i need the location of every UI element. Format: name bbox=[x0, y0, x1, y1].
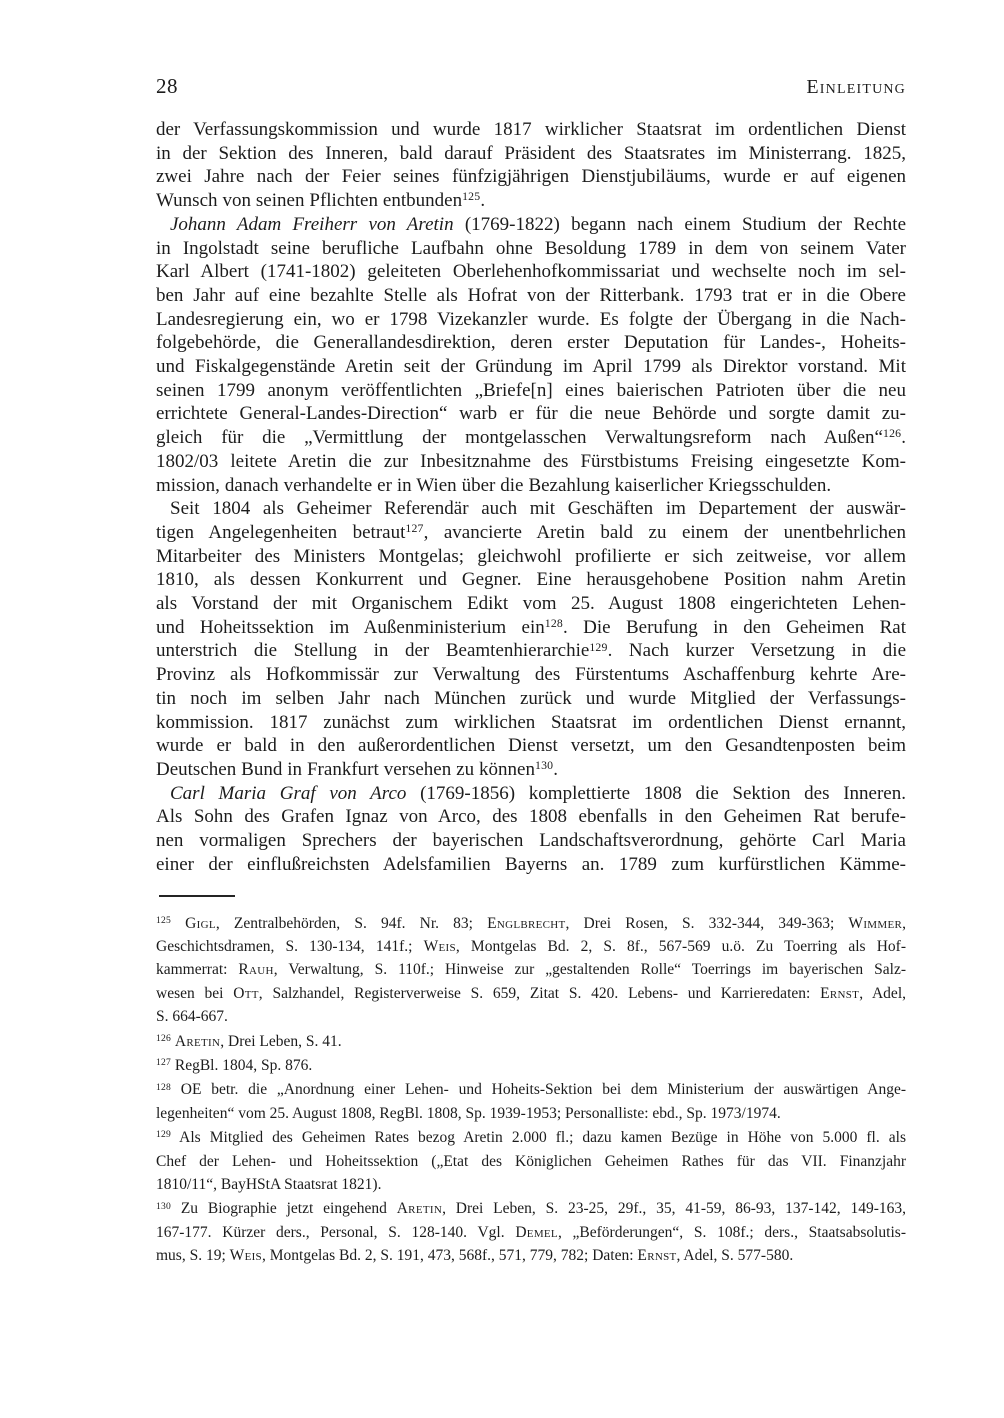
body-line: Karl Albert (1741-1802) geleiteten Oberl… bbox=[156, 260, 906, 284]
footnote-line: kammerrat: Rauh, Verwaltung, S. 110f.; H… bbox=[156, 958, 906, 981]
footnote-130: 130 Zu Biographie jetzt eingehend Aretin… bbox=[156, 1197, 906, 1267]
footnote-line: 128 OE betr. die „Anordnung einer Lehen-… bbox=[156, 1078, 906, 1101]
body-line: 1802/03 leitete Aretin die zur Inbesitzn… bbox=[156, 450, 906, 474]
body-line: Wunsch von seinen Pflichten entbunden125… bbox=[156, 189, 906, 213]
body-line: gleich für die „Vermittlung der montgela… bbox=[156, 426, 906, 450]
footnote-128: 128 OE betr. die „Anordnung einer Lehen-… bbox=[156, 1078, 906, 1125]
footnote-line: S. 664-667. bbox=[156, 1005, 906, 1028]
paragraph-4: Carl Maria Graf von Arco (1769-1856) kom… bbox=[156, 782, 906, 877]
body-line: unterstrich die Stellung in der Beamtenh… bbox=[156, 639, 906, 663]
footnote-line: 130 Zu Biographie jetzt eingehend Aretin… bbox=[156, 1197, 906, 1220]
body-text: der Verfassungskommission und wurde 1817… bbox=[156, 118, 906, 877]
footnote-line: 129 Als Mitglied des Geheimen Rates bezo… bbox=[156, 1126, 906, 1149]
body-line: zwei Jahre nach der Feier seines fünfzig… bbox=[156, 165, 906, 189]
footnote-line: 167-177. Kürzer ders., Personal, S. 128-… bbox=[156, 1221, 906, 1244]
body-line: und Fiskalgegenstände Aretin seit der Gr… bbox=[156, 355, 906, 379]
body-line: 1810, als dessen Konkurrent und Gegner. … bbox=[156, 568, 906, 592]
paragraph-2: Johann Adam Freiherr von Aretin (1769-18… bbox=[156, 213, 906, 497]
body-line: ben Jahr auf eine bezahlte Stelle als Ho… bbox=[156, 284, 906, 308]
footnote-line: Geschichtsdramen, S. 130-134, 141f.; Wei… bbox=[156, 935, 906, 958]
body-line: und Hoheitssektion im Außenministerium e… bbox=[156, 616, 906, 640]
body-line: in der Sektion des Inneren, bald darauf … bbox=[156, 142, 906, 166]
body-line: seinen 1799 anonym veröffentlichten „Bri… bbox=[156, 379, 906, 403]
running-head: Einleitung bbox=[806, 76, 906, 99]
footnote-129: 129 Als Mitglied des Geheimen Rates bezo… bbox=[156, 1126, 906, 1196]
body-line: der Verfassungskommission und wurde 1817… bbox=[156, 118, 906, 142]
page-number: 28 bbox=[156, 74, 178, 99]
body-line: folgebehörde, die Generallandesdirektion… bbox=[156, 331, 906, 355]
body-line: nen vormaligen Sprechers der bayerischen… bbox=[156, 829, 906, 853]
body-line: kommission. 1817 zunächst zum wirklichen… bbox=[156, 711, 906, 735]
body-line: tin noch im selben Jahr nach München zur… bbox=[156, 687, 906, 711]
footnote-line: 1810/11“, BayHStA Staatsrat 1821). bbox=[156, 1173, 906, 1196]
body-line: Seit 1804 als Geheimer Referendär auch m… bbox=[156, 497, 906, 521]
footnote-separator bbox=[159, 895, 235, 897]
body-line: Als Sohn des Grafen Ignaz von Arco, des … bbox=[156, 805, 906, 829]
body-line: Deutschen Bund in Frankfurt versehen zu … bbox=[156, 758, 906, 782]
footnote-line: wesen bei Ott, Salzhandel, Registerverwe… bbox=[156, 982, 906, 1005]
book-page: 28 Einleitung der Verfassungskommission … bbox=[0, 0, 1004, 1418]
footnotes: 125 Gigl, Zentralbehörden, S. 94f. Nr. 8… bbox=[156, 912, 906, 1268]
body-line: als Vorstand der mit Organischem Edikt v… bbox=[156, 592, 906, 616]
body-line: tigen Angelegenheiten betraut127, avanci… bbox=[156, 521, 906, 545]
footnote-line: legenheiten“ vom 25. August 1808, RegBl.… bbox=[156, 1102, 906, 1125]
body-line: Johann Adam Freiherr von Aretin (1769-18… bbox=[156, 213, 906, 237]
body-line: Landesregierung ein, wo er 1798 Vizekanz… bbox=[156, 308, 906, 332]
body-line: einer der einflußreichsten Adelsfamilien… bbox=[156, 853, 906, 877]
footnote-line: mus, S. 19; Weis, Montgelas Bd. 2, S. 19… bbox=[156, 1244, 906, 1267]
paragraph-3: Seit 1804 als Geheimer Referendär auch m… bbox=[156, 497, 906, 781]
footnote-line: 127 RegBl. 1804, Sp. 876. bbox=[156, 1054, 906, 1077]
footnote-125: 125 Gigl, Zentralbehörden, S. 94f. Nr. 8… bbox=[156, 912, 906, 1029]
page-header: 28 Einleitung bbox=[156, 74, 906, 98]
paragraph-1: der Verfassungskommission und wurde 1817… bbox=[156, 118, 906, 213]
body-line: mission, danach verhandelte er in Wien ü… bbox=[156, 474, 906, 498]
body-line: wurde er bald in den außerordentlichen D… bbox=[156, 734, 906, 758]
footnote-line: 126 Aretin, Drei Leben, S. 41. bbox=[156, 1030, 906, 1053]
body-line: errichtete General-Landes-Direction“ war… bbox=[156, 402, 906, 426]
body-line: in Ingolstadt seine berufliche Laufbahn … bbox=[156, 237, 906, 261]
footnote-line: 125 Gigl, Zentralbehörden, S. 94f. Nr. 8… bbox=[156, 912, 906, 935]
body-line: Mitarbeiter des Ministers Montgelas; gle… bbox=[156, 545, 906, 569]
page-content: 28 Einleitung der Verfassungskommission … bbox=[156, 74, 906, 1269]
footnote-126: 126 Aretin, Drei Leben, S. 41. bbox=[156, 1030, 906, 1053]
body-line: Carl Maria Graf von Arco (1769-1856) kom… bbox=[156, 782, 906, 806]
footnote-line: Chef der Lehen- und Hoheitssektion („Eta… bbox=[156, 1150, 906, 1173]
body-line: Provinz als Hofkommissär zur Verwaltung … bbox=[156, 663, 906, 687]
footnote-127: 127 RegBl. 1804, Sp. 876. bbox=[156, 1054, 906, 1077]
